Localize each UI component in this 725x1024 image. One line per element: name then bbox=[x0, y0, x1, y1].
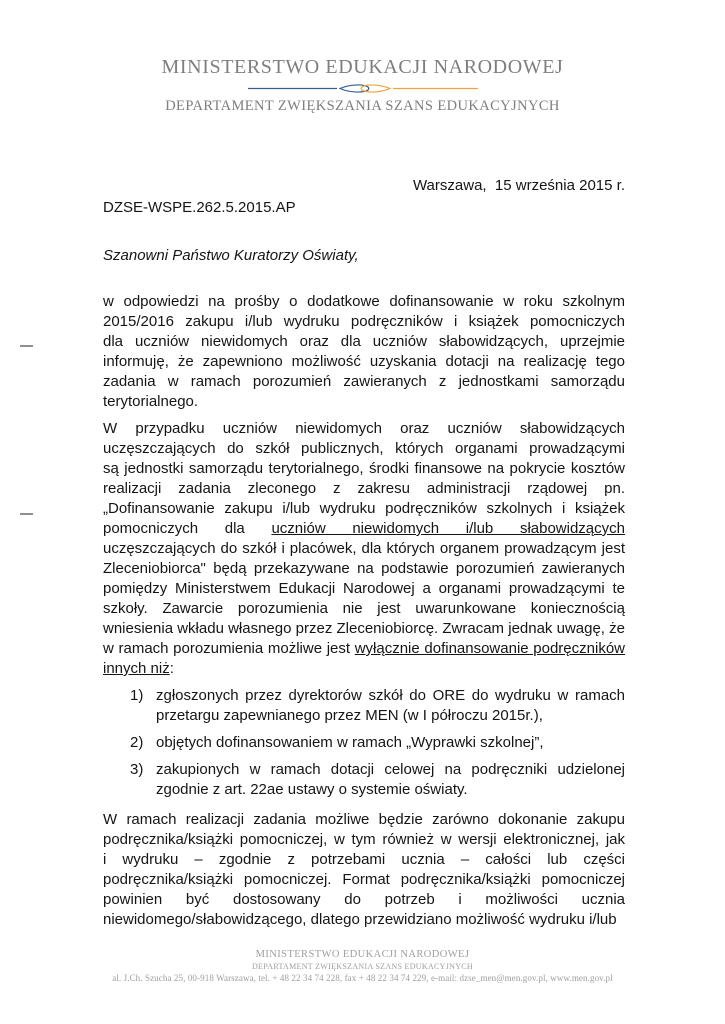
list-item-number: 3) bbox=[130, 760, 143, 780]
letter-body: Warszawa, 15 września 2015 r. DZSE-WSPE.… bbox=[103, 176, 625, 930]
place-and-date: Warszawa, 15 września 2015 r. bbox=[103, 176, 625, 196]
paragraph-2: W przypadku uczniów niewidomych oraz ucz… bbox=[103, 419, 625, 679]
list-item: 1)zgłoszonych przez dyrektorów szkół do … bbox=[103, 686, 625, 726]
list-item-text: objętych dofinansowaniem w ramach „Wypra… bbox=[156, 734, 544, 751]
pen-nib-ornament-icon bbox=[248, 81, 478, 96]
footer-department-name: DEPARTAMENT ZWIĘKSZANIA SZANS EDUKACYJNY… bbox=[0, 962, 725, 971]
numbered-list: 1)zgłoszonych przez dyrektorów szkół do … bbox=[103, 686, 625, 800]
ministry-name: MINISTERSTWO EDUKACJI NARODOWEJ bbox=[0, 56, 725, 79]
men-logo-divider bbox=[0, 81, 725, 96]
list-item: 2)objętych dofinansowaniem w ramach „Wyp… bbox=[103, 733, 625, 753]
salutation: Szanowni Państwo Kuratorzy Oświaty, bbox=[103, 246, 625, 266]
paragraph-1: w odpowiedzi na prośby o dodatkowe dofin… bbox=[103, 292, 625, 412]
footer-address-line: al. J.Ch. Szucha 25, 00-918 Warszawa, te… bbox=[0, 973, 725, 983]
letterhead: MINISTERSTWO EDUKACJI NARODOWEJ DEPARTAM… bbox=[0, 56, 725, 115]
page-footer: MINISTERSTWO EDUKACJI NARODOWEJ DEPARTAM… bbox=[0, 949, 725, 983]
fold-mark-top bbox=[20, 345, 33, 347]
list-item: 3)zakupionych w ramach dotacji celowej n… bbox=[103, 760, 625, 800]
list-item-text: zgłoszonych przez dyrektorów szkół do OR… bbox=[156, 687, 625, 724]
underlined-phrase-students: uczniów niewidomych i/lub słabowidzących bbox=[271, 520, 625, 537]
department-name: DEPARTAMENT ZWIĘKSZANIA SZANS EDUKACYJNY… bbox=[0, 98, 725, 115]
reference-number: DZSE-WSPE.262.5.2015.AP bbox=[103, 198, 625, 218]
pen-nib-orange-icon bbox=[361, 85, 390, 92]
letter-page: MINISTERSTWO EDUKACJI NARODOWEJ DEPARTAM… bbox=[0, 0, 725, 1024]
footer-ministry-name: MINISTERSTWO EDUKACJI NARODOWEJ bbox=[0, 949, 725, 960]
list-item-text: zakupionych w ramach dotacji celowej na … bbox=[156, 761, 625, 798]
paragraph-3: W ramach realizacji zadania możliwe będz… bbox=[103, 810, 625, 930]
list-item-number: 2) bbox=[130, 733, 143, 753]
list-item-number: 1) bbox=[130, 686, 143, 706]
fold-mark-bottom bbox=[20, 513, 33, 515]
paragraph-2-segment: : bbox=[170, 660, 174, 677]
